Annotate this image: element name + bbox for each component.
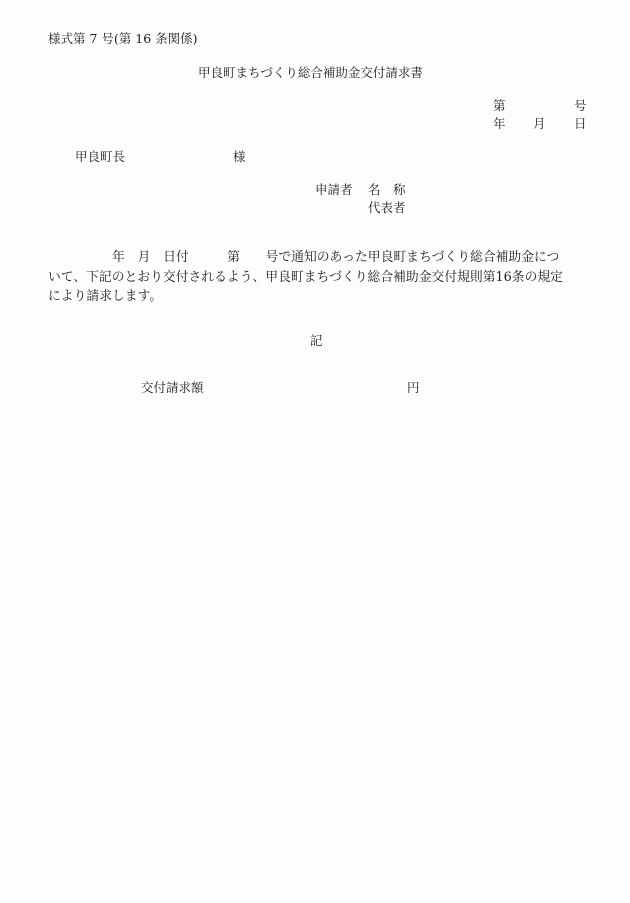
amount-unit: 円 bbox=[407, 382, 420, 395]
request-body-line: 年 月 日付 第 号で通知のあった甲良町まちづくり総合補助金につ bbox=[48, 248, 588, 268]
reference-no-prefix: 第 bbox=[493, 100, 506, 113]
applicant-representative-label: 代表者 bbox=[368, 202, 406, 215]
request-body-line: いて、下記のとおり交付されるよう、甲良町まちづくり総合補助金交付規則第16条の規… bbox=[48, 268, 588, 288]
document-title: 甲良町まちづくり総合補助金交付請求書 bbox=[198, 67, 423, 80]
reference-no-suffix: 号 bbox=[574, 100, 587, 113]
addressee-honorific: 様 bbox=[233, 151, 246, 164]
request-body: 年 月 日付 第 号で通知のあった甲良町まちづくり総合補助金につ いて、下記のと… bbox=[48, 248, 588, 307]
form-number: 様式第 7 号(第 16 条関係) bbox=[48, 33, 198, 46]
reference-day: 日 bbox=[574, 118, 587, 131]
note-heading: 記 bbox=[310, 335, 323, 348]
amount-label: 交付請求額 bbox=[141, 382, 204, 395]
addressee-name: 甲良町長 bbox=[75, 151, 125, 164]
request-body-line: により請求します。 bbox=[48, 287, 588, 307]
reference-month: 月 bbox=[533, 118, 546, 131]
reference-year: 年 bbox=[493, 118, 506, 131]
applicant-name-label: 名 称 bbox=[368, 184, 406, 197]
applicant-label: 申請者 bbox=[315, 184, 353, 197]
